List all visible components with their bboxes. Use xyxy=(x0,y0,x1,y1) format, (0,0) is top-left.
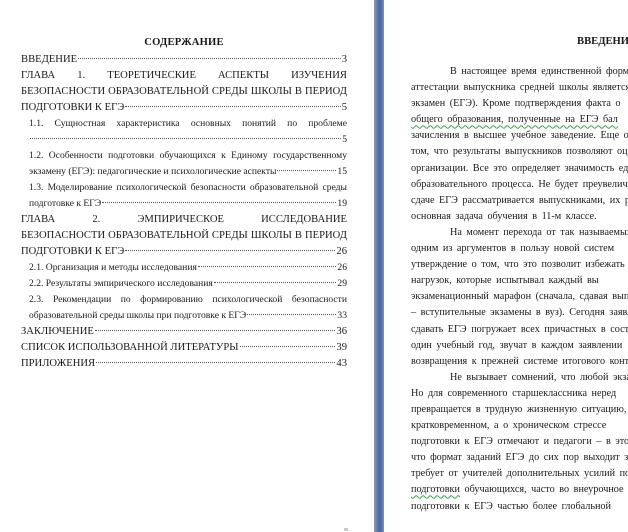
toc-entry-text: ПОДГОТОВКИ К ЕГЭ xyxy=(21,100,124,116)
toc-entry-text: подготовке к ЕГЭ xyxy=(29,196,101,212)
text-line: подготовки обучающихся, часто во внеуроч… xyxy=(411,482,628,498)
toc-page-number: 19 xyxy=(337,196,347,212)
text-line: – вступительные экзамены в вуз). Сегодня… xyxy=(411,305,628,321)
toc-entry-text: 1.3. Моделирование психологической безоп… xyxy=(29,180,347,196)
toc-entry[interactable]: ГЛАВА 1. ТЕОРЕТИЧЕСКИЕ АСПЕКТЫ ИЗУЧЕНИЯ … xyxy=(21,68,347,116)
dot-leader xyxy=(95,330,336,331)
document-viewport[interactable]: СОДЕРЖАНИЕ ВВЕДЕНИЕ3ГЛАВА 1. ТЕОРЕТИЧЕСК… xyxy=(0,0,628,532)
toc-entry-text: БЕЗОПАСНОСТИ ОБРАЗОВАТЕЛЬНОЙ СРЕДЫ ШКОЛЫ… xyxy=(21,84,347,100)
toc-entry-text: 1.2. Особенности подготовки обучающихся … xyxy=(29,148,347,164)
toc-title: СОДЕРЖАНИЕ xyxy=(21,35,347,52)
dot-leader xyxy=(214,282,337,283)
text-line: превращается в трудную жизненную ситуаци… xyxy=(411,402,628,418)
text-line: организации. Все это определяет значимос… xyxy=(411,161,628,177)
text-line: подготовки к ЕГЭ отмечают и педагоги – в… xyxy=(411,434,628,450)
text-line: требует от учителей дополнительных усили… xyxy=(411,466,628,482)
table-of-contents: СОДЕРЖАНИЕ ВВЕДЕНИЕ3ГЛАВА 1. ТЕОРЕТИЧЕСК… xyxy=(21,35,347,372)
section-heading: ВВЕДЕНИЕ xyxy=(577,36,628,47)
toc-entry[interactable]: 1.2. Особенности подготовки обучающихся … xyxy=(21,148,347,180)
text-line: подготовки к ЕГЭ частью более глобальной xyxy=(411,499,628,515)
toc-entry-text: образовательной среды школы при подготов… xyxy=(29,308,246,324)
text-line: сдавать ЕГЭ погружает всех причастных в … xyxy=(411,322,628,338)
toc-entry-text: БЕЗОПАСНОСТИ ОБРАЗОВАТЕЛЬНОЙ СРЕДЫ ШКОЛЫ… xyxy=(21,228,347,244)
page-corner-mark xyxy=(344,528,348,531)
toc-page-number: 26 xyxy=(336,244,347,260)
toc-page-number: 33 xyxy=(337,308,347,324)
text-line: основная задача обучения в 11-м классе. xyxy=(411,209,628,225)
dot-leader xyxy=(240,346,336,347)
text-line: образовательного процесса. Не будет преу… xyxy=(411,177,628,193)
toc-entry-text: ПОДГОТОВКИ К ЕГЭ xyxy=(21,244,124,260)
text-line: кратковременном, а о хроническом стрессе xyxy=(411,418,628,434)
toc-entry[interactable]: ГЛАВА 2. ЭМПИРИЧЕСКОЕ ИССЛЕДОВАНИЕ ПСИХО… xyxy=(21,212,347,260)
toc-entry[interactable]: СПИСОК ИСПОЛЬЗОВАННОЙ ЛИТЕРАТУРЫ39 xyxy=(21,340,347,356)
text-line: общего образования, полученные на ЕГЭ ба… xyxy=(411,112,628,128)
dot-leader xyxy=(96,362,335,363)
document-page-toc[interactable]: СОДЕРЖАНИЕ ВВЕДЕНИЕ3ГЛАВА 1. ТЕОРЕТИЧЕСК… xyxy=(0,0,374,532)
toc-entry-text: экзамену (ЕГЭ): педагогические и психоло… xyxy=(29,164,276,180)
toc-entry-text: 1.1. Сущностная характеристика основных … xyxy=(29,116,347,132)
dot-leader xyxy=(30,138,341,139)
toc-page-number: 5 xyxy=(342,132,347,148)
toc-entry[interactable]: 1.3. Моделирование психологической безоп… xyxy=(21,180,347,212)
dot-leader xyxy=(247,314,336,315)
toc-entry-text: ПРИЛОЖЕНИЯ xyxy=(21,356,95,372)
text-line: один учебный год, звучат в каждом заявле… xyxy=(411,338,628,354)
toc-entry-text: ГЛАВА 1. ТЕОРЕТИЧЕСКИЕ АСПЕКТЫ ИЗУЧЕНИЯ … xyxy=(21,68,347,84)
text-line: нагрузок, которые испытывал каждый вы xyxy=(411,273,628,289)
body-text: В настоящее время единственной формойатт… xyxy=(411,64,628,515)
text-line: том, что результаты выпускников позволяю… xyxy=(411,144,628,160)
toc-page-number: 43 xyxy=(336,356,347,372)
text-line: зачисления в высшее учебное заведение. Е… xyxy=(411,128,628,144)
toc-page-number: 26 xyxy=(337,260,347,276)
dot-leader xyxy=(198,266,337,267)
toc-page-number: 29 xyxy=(337,276,347,292)
text-line: экзамен (ЕГЭ). Кроме подтверждения факта… xyxy=(411,96,628,112)
toc-entry[interactable]: 1.1. Сущностная характеристика основных … xyxy=(21,116,347,148)
toc-entry-text: 2.3. Рекомендации по формированию психол… xyxy=(29,292,347,308)
toc-entry[interactable]: ЗАКЛЮЧЕНИЕ36 xyxy=(21,324,347,340)
text-line: утверждение о том, что это позволит избе… xyxy=(411,257,628,273)
dot-leader xyxy=(125,106,340,107)
dot-leader xyxy=(78,58,341,59)
document-page-introduction[interactable]: ВВЕДЕНИЕ В настоящее время единственной … xyxy=(384,0,628,532)
text-line: что формат заданий ЕГЭ до сих пор выходи… xyxy=(411,450,628,466)
toc-page-number: 5 xyxy=(342,100,347,116)
text-line: Не вызывает сомнений, что любой экзамен xyxy=(411,370,628,386)
toc-page-number: 36 xyxy=(336,324,347,340)
text-line: возвращения к прежней системе итогового … xyxy=(411,354,628,370)
toc-page-number: 39 xyxy=(336,340,347,356)
text-line: экзаменационный марафон (сначала, сдавая… xyxy=(411,289,628,305)
text-line: В настоящее время единственной формой xyxy=(411,64,628,80)
toc-entry[interactable]: 2.3. Рекомендации по формированию психол… xyxy=(21,292,347,324)
toc-entry-text: ВВЕДЕНИЕ xyxy=(21,52,77,68)
dot-leader xyxy=(102,202,336,203)
text-line: На момент перехода от так называемых тр xyxy=(411,225,628,241)
toc-entries: ВВЕДЕНИЕ3ГЛАВА 1. ТЕОРЕТИЧЕСКИЕ АСПЕКТЫ … xyxy=(21,52,347,372)
dot-leader xyxy=(125,250,335,251)
toc-entry[interactable]: ВВЕДЕНИЕ3 xyxy=(21,52,347,68)
spellcheck-underlined-text[interactable]: общего образования, полученные на ЕГЭ ба… xyxy=(411,114,618,125)
page-separator xyxy=(374,0,384,532)
toc-entry-text: СПИСОК ИСПОЛЬЗОВАННОЙ ЛИТЕРАТУРЫ xyxy=(21,340,239,356)
toc-page-number: 3 xyxy=(342,52,347,68)
toc-page-number: 15 xyxy=(337,164,347,180)
toc-entry-text: ЗАКЛЮЧЕНИЕ xyxy=(21,324,94,340)
spellcheck-underlined-word[interactable]: подготовки xyxy=(411,484,460,495)
text-line: Но для современного старшеклассника нере… xyxy=(411,386,628,402)
text-line: аттестации выпускника средней школы явля… xyxy=(411,80,628,96)
dot-leader xyxy=(277,170,336,171)
text-line: одним из аргументов в пользу новой систе… xyxy=(411,241,628,257)
toc-entry[interactable]: 2.2. Результаты эмпирического исследован… xyxy=(21,276,347,292)
toc-entry-text: 2.1. Организация и методы исследования xyxy=(29,260,197,276)
text-line: сдаче ЕГЭ рассматривается выпускниками, … xyxy=(411,193,628,209)
toc-entry[interactable]: 2.1. Организация и методы исследования26 xyxy=(21,260,347,276)
toc-entry[interactable]: ПРИЛОЖЕНИЯ43 xyxy=(21,356,347,372)
toc-entry-text: ГЛАВА 2. ЭМПИРИЧЕСКОЕ ИССЛЕДОВАНИЕ ПСИХО… xyxy=(21,212,347,228)
toc-entry-text: 2.2. Результаты эмпирического исследован… xyxy=(29,276,213,292)
